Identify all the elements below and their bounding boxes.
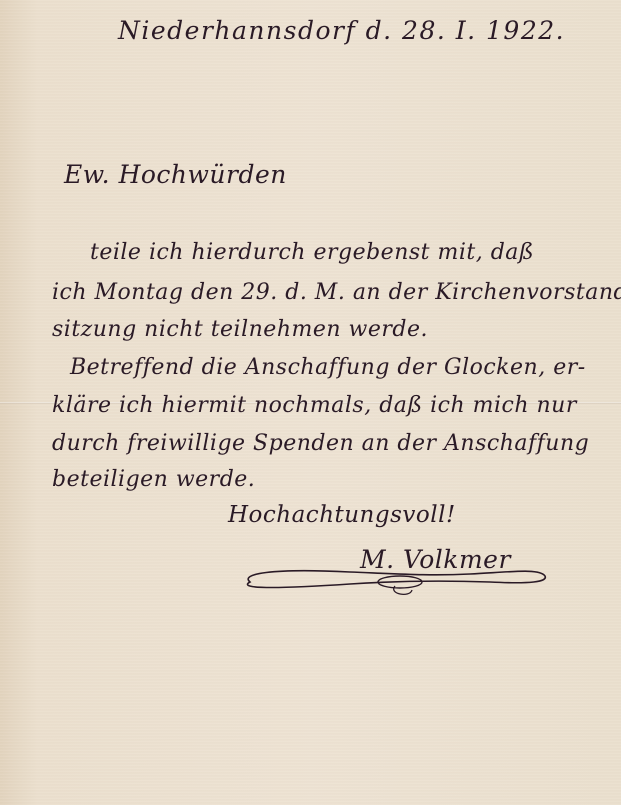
salutation: Ew. Hochwürden [64,160,287,189]
body-line: Betreffend die Anschaffung der Glocken, … [70,355,586,380]
body-line: kläre ich hiermit nochmals, daß ich mich… [52,393,577,418]
dateline: Niederhannsdorf d. 28. I. 1922. [118,16,565,45]
body-line: teile ich hierdurch ergebenst mit, daß [90,240,534,265]
signature-flourish-icon [230,560,560,600]
closing: Hochachtungsvoll! [228,502,456,528]
body-line: durch freiwillige Spenden an der Anschaf… [52,431,589,456]
letter-page: Niederhannsdorf d. 28. I. 1922. Ew. Hoch… [0,0,621,805]
body-line: sitzung nicht teilnehmen werde. [52,317,428,342]
body-line: ich Montag den 29. d. M. an der Kirchenv… [52,280,621,305]
body-line: beteiligen werde. [52,467,255,492]
